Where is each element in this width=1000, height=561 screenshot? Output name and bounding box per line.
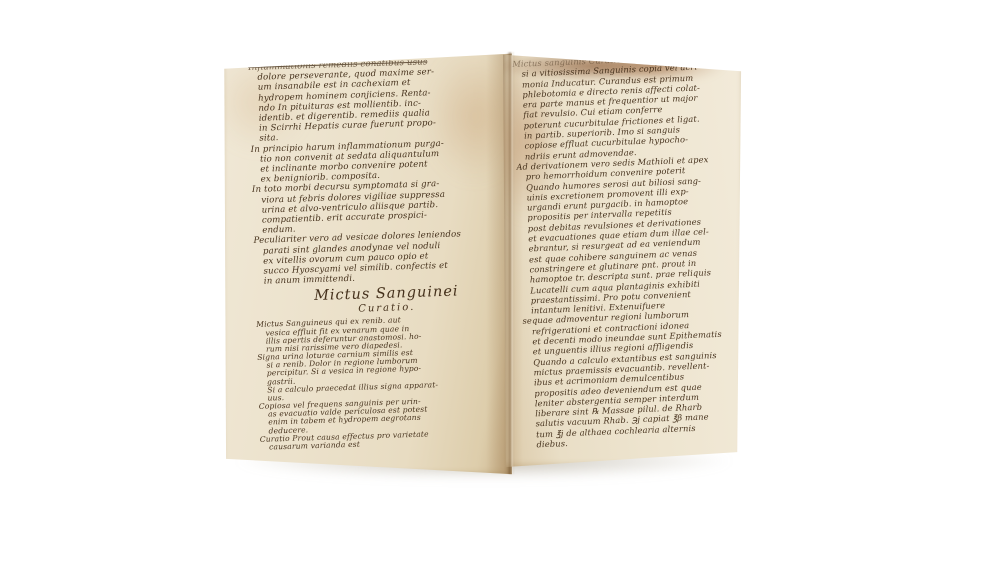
- manuscript-paragraph: In toto morbi decursu symptomata si gra-…: [252, 177, 515, 236]
- manuscript-paragraph: Ad derivationem vero sedis Mathioli et a…: [516, 153, 750, 316]
- right-page: Mictus sanguinis Curatiosi a vitiosissim…: [503, 53, 743, 467]
- manuscript-paragraph: Inflammationis remediis conatibus ususdo…: [248, 55, 512, 145]
- manuscript-paragraph: sequae admoventur regioni lumborumrefrig…: [522, 307, 755, 450]
- manuscript-paragraph: Mictus sanguinis Curatiosi a vitiosissim…: [512, 50, 744, 162]
- manuscript-text-right: Mictus sanguinis Curatiosi a vitiosissim…: [512, 50, 756, 450]
- book-spread: Inflammationis remediis conatibus ususdo…: [214, 42, 754, 482]
- manuscript-paragraph: Signa urina loturae carnium similis ests…: [257, 346, 520, 403]
- gutter-crease: [507, 52, 514, 474]
- manuscript-photo: Inflammationis remediis conatibus ususdo…: [0, 0, 1000, 561]
- left-page: Inflammationis remediis conatibus ususdo…: [222, 51, 512, 475]
- manuscript-paragraph: Peculiariter vero ad vesicae dolores len…: [253, 228, 516, 287]
- manuscript-text-left: Inflammationis remediis conatibus ususdo…: [248, 55, 522, 452]
